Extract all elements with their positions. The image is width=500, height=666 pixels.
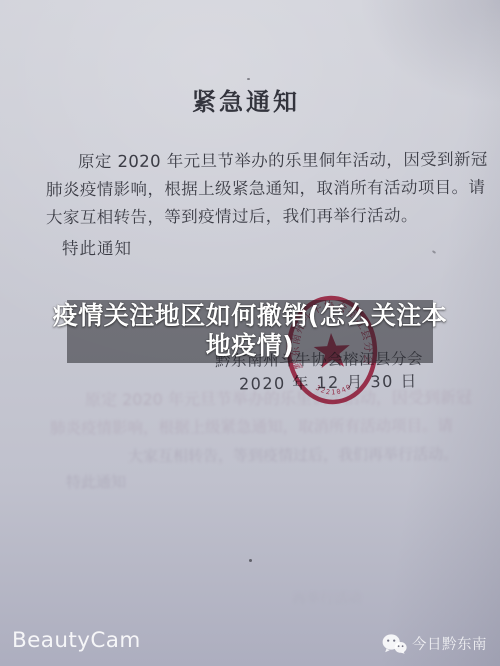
- notice-closing: 特此通知: [62, 235, 132, 259]
- paper-speck: [432, 250, 436, 254]
- paper-speck: [247, 78, 250, 80]
- wechat-icon: [382, 634, 407, 654]
- ghost-text-fragment: 再举行活动: [292, 588, 362, 608]
- ghost-text-line: 大家互相转告，等到疫情过后，我们再举行活动。: [128, 443, 458, 466]
- caption-overlay: 疫情关注地区如何撤销(怎么关注本 地疫情): [67, 300, 433, 363]
- notice-body-line: 肺炎疫情影响，根据上级紧急通知，取消所有活动项目。请: [46, 174, 486, 201]
- paper-speck: [249, 559, 252, 562]
- beautycam-watermark: BeautyCam: [12, 628, 141, 653]
- caption-line-2: 地疫情): [206, 331, 294, 361]
- publisher-name: 今日黔东南: [412, 633, 487, 654]
- notice-body-line: 原定 2020 年元旦节举办的乐里侗年活动，因受到新冠: [78, 146, 488, 173]
- notice-title: 紧急通知: [192, 82, 300, 117]
- publisher-watermark: 今日黔东南: [382, 633, 487, 654]
- ghost-text-line: 肺炎疫情影响，根据上级紧急通知，取消所有活动项目。请: [50, 414, 453, 439]
- notice-photo: 原定 2020 年元旦节举办的乐里侗年活动，因受到新冠 肺炎疫情影响，根据上级紧…: [0, 0, 500, 666]
- notice-body-line: 大家互相转告，等到疫情过后，我们再举行活动。: [46, 202, 418, 228]
- ghost-text-line: 特此通知: [66, 471, 126, 492]
- caption-line-1: 疫情关注地区如何撤销(怎么关注本: [53, 301, 447, 331]
